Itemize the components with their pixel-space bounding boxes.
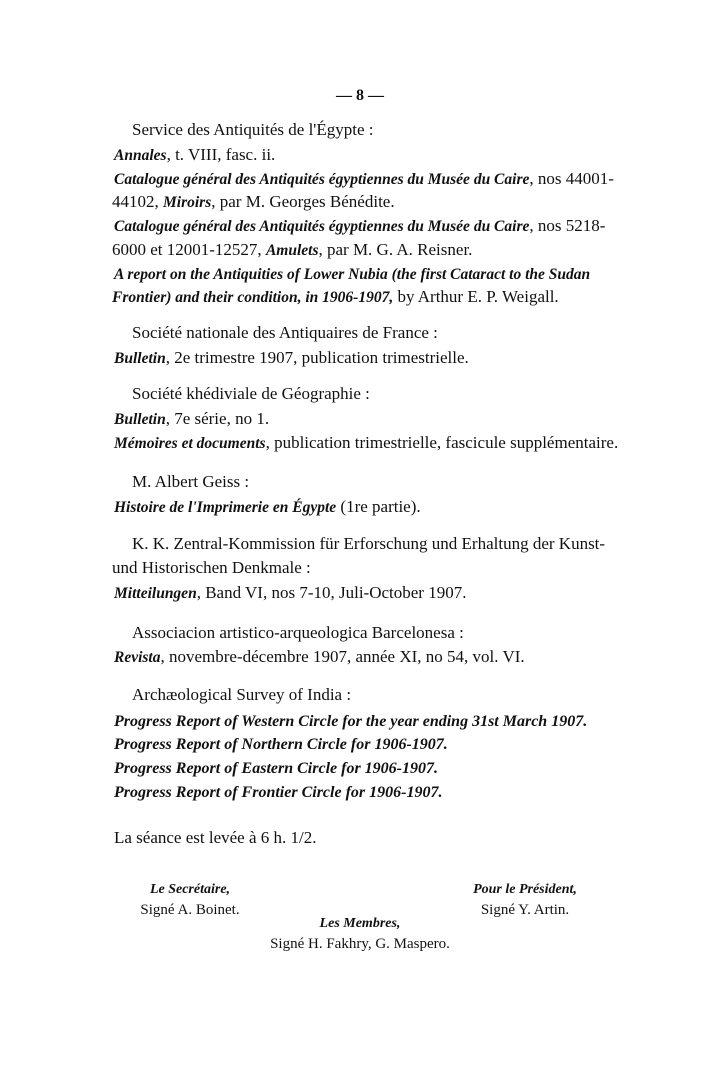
- page-number: — 8 —: [0, 87, 720, 105]
- entry-title: Annales: [114, 147, 167, 164]
- entry-rest: , par M. G. A. Reisner.: [318, 240, 472, 259]
- entry-title: Mitteilungen: [114, 585, 197, 602]
- entry-rest: , 2e trimestre 1907, publication trimest…: [166, 348, 469, 367]
- signature-members: Les Membres, Signé H. Fakhry, G. Maspero…: [255, 914, 465, 954]
- entry: Progress Report of Northern Circle for 1…: [114, 734, 448, 756]
- entry-continuation: 6000 et 12001-12527, Amulets, par M. G. …: [112, 239, 472, 262]
- signature-name: Signé A. Boinet.: [130, 900, 250, 920]
- entry-title: Catalogue général des Antiquités égyptie…: [114, 218, 529, 235]
- signature-role: Le Secrétaire,: [130, 880, 250, 900]
- signature-president: Pour le Président, Signé Y. Artin.: [455, 880, 595, 920]
- entry: Bulletin, 2e trimestre 1907, publication…: [114, 347, 469, 370]
- section-heading: Société nationale des Antiquaires de Fra…: [132, 322, 438, 344]
- entry-title: Miroirs: [163, 194, 211, 211]
- entry: Histoire de l'Imprimerie en Égypte (1re …: [114, 496, 421, 519]
- entry-title: Catalogue général des Antiquités égyptie…: [114, 171, 529, 188]
- entry: Bulletin, 7e série, no 1.: [114, 408, 269, 431]
- entry: Revista, novembre-décembre 1907, année X…: [114, 646, 525, 669]
- entry-rest: , novembre-décembre 1907, année XI, no 5…: [161, 647, 525, 666]
- entry-rest: (1re partie).: [336, 497, 420, 516]
- section-heading-continuation: und Historischen Denkmale :: [112, 557, 311, 579]
- signature-name: Signé H. Fakhry, G. Maspero.: [255, 934, 465, 954]
- section-heading: K. K. Zentral-Kommission für Erforschung…: [132, 533, 605, 555]
- entry-number: 44102,: [112, 192, 163, 211]
- entry-rest: , t. VIII, fasc. ii.: [167, 145, 276, 164]
- entry-title: Bulletin: [114, 411, 166, 428]
- entry-rest: , publication trimestrielle, fascicule s…: [266, 433, 619, 452]
- section-heading: Service des Antiquités de l'Égypte :: [132, 119, 374, 141]
- entry: Progress Report of Frontier Circle for 1…: [114, 782, 442, 804]
- entry-number: 6000 et 12001-12527,: [112, 240, 266, 259]
- entry-rest: , nos 44001-: [529, 169, 614, 188]
- section-heading: Archæological Survey of India :: [132, 684, 351, 706]
- signature-role: Pour le Président,: [455, 880, 595, 900]
- entry-title: Frontier) and their condition, in 1906-1…: [112, 289, 393, 306]
- entry-rest: by Arthur E. P. Weigall.: [393, 287, 558, 306]
- entry-title: Amulets: [266, 242, 319, 259]
- entry-title: Bulletin: [114, 350, 166, 367]
- document-page: — 8 — Service des Antiquités de l'Égypte…: [0, 0, 720, 1078]
- entry: Annales, t. VIII, fasc. ii.: [114, 144, 275, 167]
- signature-secretary: Le Secrétaire, Signé A. Boinet.: [130, 880, 250, 920]
- signature-name: Signé Y. Artin.: [455, 900, 595, 920]
- entry-title: A report on the Antiquities of Lower Nub…: [114, 266, 590, 283]
- section-heading: Société khédiviale de Géographie :: [132, 383, 370, 405]
- entry: Progress Report of Western Circle for th…: [114, 711, 587, 733]
- closing-statement: La séance est levée à 6 h. 1/2.: [114, 827, 317, 849]
- entry: Catalogue général des Antiquités égyptie…: [114, 215, 605, 238]
- entry: Mitteilungen, Band VI, nos 7-10, Juli-Oc…: [114, 582, 466, 605]
- entry: A report on the Antiquities of Lower Nub…: [114, 263, 590, 286]
- entry-title: Mémoires et documents: [114, 435, 266, 452]
- section-heading: M. Albert Geiss :: [132, 471, 249, 493]
- entry-rest: , Band VI, nos 7-10, Juli-October 1907.: [197, 583, 467, 602]
- entry-title: Histoire de l'Imprimerie en Égypte: [114, 499, 336, 516]
- entry: Mémoires et documents, publication trime…: [114, 432, 618, 455]
- section-heading: Associacion artistico-arqueologica Barce…: [132, 622, 464, 644]
- entry-rest: , nos 5218-: [529, 216, 605, 235]
- entry-continuation: 44102, Miroirs, par M. Georges Bénédite.: [112, 191, 395, 214]
- entry: Progress Report of Eastern Circle for 19…: [114, 758, 438, 780]
- signature-role: Les Membres,: [255, 914, 465, 934]
- entry-title: Revista: [114, 649, 161, 666]
- entry-continuation: Frontier) and their condition, in 1906-1…: [112, 286, 559, 309]
- entry-rest: , 7e série, no 1.: [166, 409, 269, 428]
- entry: Catalogue général des Antiquités égyptie…: [114, 168, 614, 191]
- entry-rest: , par M. Georges Bénédite.: [211, 192, 394, 211]
